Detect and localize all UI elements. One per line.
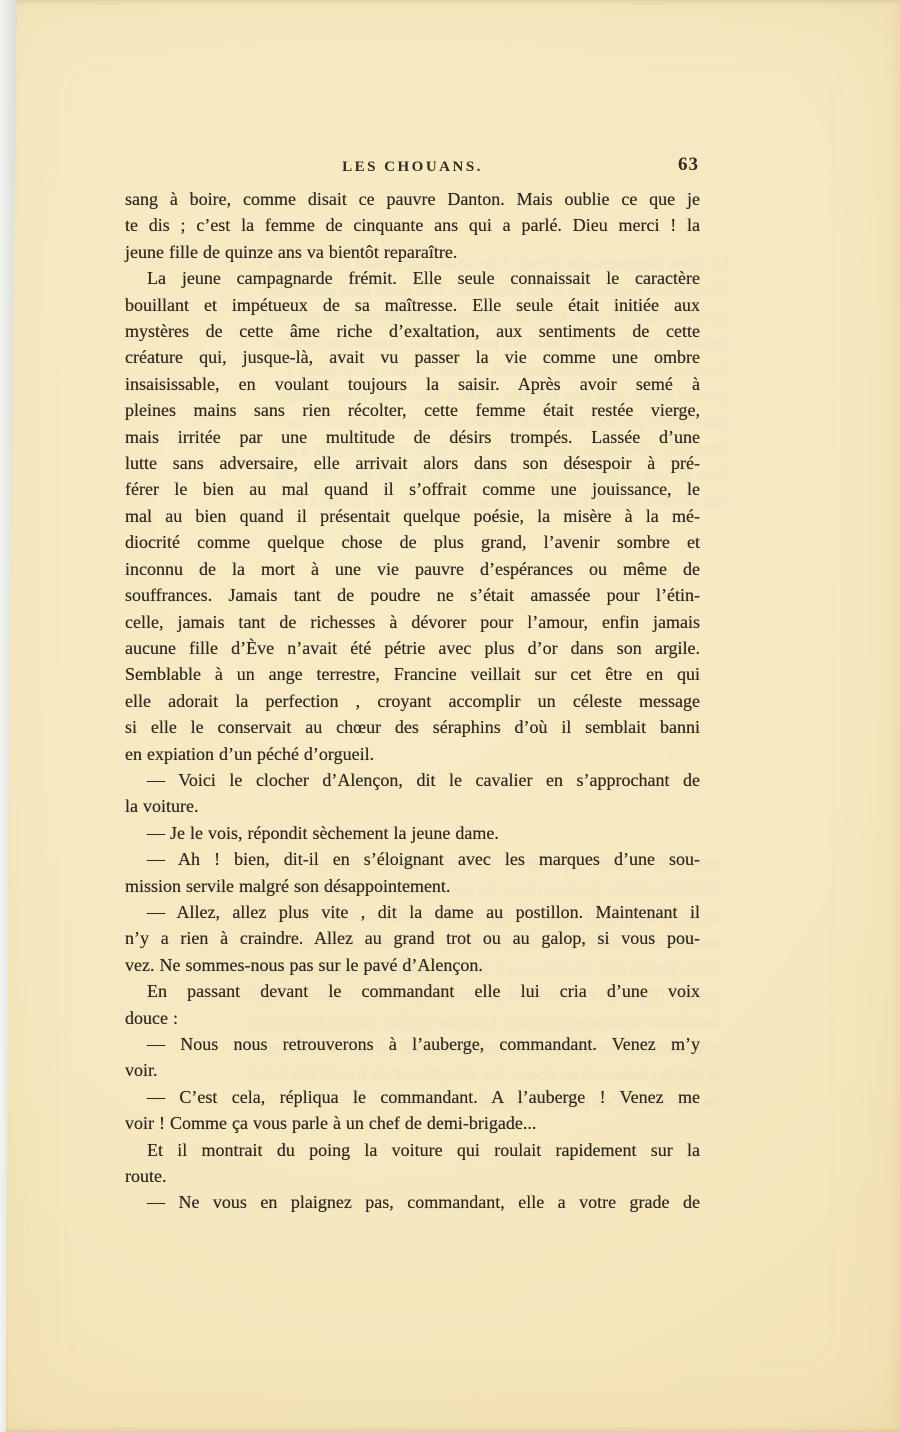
running-header: LES CHOUANS. 63 (125, 152, 700, 186)
text-line: mystères de cette âme riche d’exaltation… (125, 318, 700, 344)
text-line: voir ! Comme ça vous parle à un chef de … (125, 1110, 700, 1136)
text-line: la voiture. (125, 793, 700, 819)
text-line: aucune fille d’Ève n’avait été pétrie av… (125, 635, 700, 661)
text-line: jeune fille de quinze ans va bientôt rep… (125, 239, 700, 265)
text-line: vez. Ne sommes-nous pas sur le pavé d’Al… (125, 952, 700, 978)
text-line: — Je le vois, répondit sèchement la jeun… (125, 820, 700, 846)
text-line: voir. (125, 1057, 700, 1083)
text-line: mission servile malgré son désappointeme… (125, 873, 700, 899)
text-line: douce : (125, 1005, 700, 1031)
page-content: LES CHOUANS. 63 sang à boire, comme disa… (125, 152, 700, 1216)
running-header-title: LES CHOUANS. (342, 159, 483, 176)
text-line: celle, jamais tant de richesses à dévore… (125, 609, 700, 635)
text-line: sang à boire, comme disait ce pauvre Dan… (125, 186, 700, 212)
text-line: lutte sans adversaire, elle arrivait alo… (125, 450, 700, 476)
text-line: bouillant et impétueux de sa maîtresse. … (125, 292, 700, 318)
book-page-scan: La jeune campagnarde frémit. Elle seule … (0, 0, 900, 1432)
text-line: — Ah ! bien, dit-il en s’éloignant avec … (125, 846, 700, 872)
text-line: — C’est cela, répliqua le commandant. A … (125, 1084, 700, 1110)
text-line: si elle le conservait au chœur des sérap… (125, 714, 700, 740)
text-line: Et il montrait du poing la voiture qui r… (125, 1137, 700, 1163)
text-line: souffrances. Jamais tant de poudre ne s’… (125, 582, 700, 608)
text-line: te dis ; c’est la femme de cinquante ans… (125, 212, 700, 238)
text-line: En passant devant le commandant elle lui… (125, 978, 700, 1004)
text-line: Semblable à un ange terrestre, Francine … (125, 661, 700, 687)
text-line: insaisissable, en voulant toujours la sa… (125, 371, 700, 397)
text-line: La jeune campagnarde frémit. Elle seule … (125, 265, 700, 291)
text-line: elle adorait la perfection , croyant acc… (125, 688, 700, 714)
text-line: mais irritée par une multitude de désirs… (125, 424, 700, 450)
text-line: route. (125, 1163, 700, 1189)
text-line: n’y a rien à craindre. Allez au grand tr… (125, 925, 700, 951)
text-line: diocrité comme quelque chose de plus gra… (125, 529, 700, 555)
text-line: férer le bien au mal quand il s’offrait … (125, 476, 700, 502)
text-line: — Voici le clocher d’Alençon, dit le cav… (125, 767, 700, 793)
body-text: sang à boire, comme disait ce pauvre Dan… (125, 186, 700, 1216)
text-line: créature qui, jusque-là, avait vu passer… (125, 344, 700, 370)
text-line: pleines mains sans rien récolter, cette … (125, 397, 700, 423)
text-line: — Allez, allez plus vite , dit la dame a… (125, 899, 700, 925)
text-line: inconnu de la mort à une vie pauvre d’es… (125, 556, 700, 582)
text-line: — Ne vous en plaignez pas, commandant, e… (125, 1189, 700, 1215)
text-line: — Nous nous retrouverons à l’auberge, co… (125, 1031, 700, 1057)
text-line: mal au bien quand il présentait quelque … (125, 503, 700, 529)
page-number: 63 (678, 154, 699, 176)
text-line: en expiation d’un péché d’orgueil. (125, 741, 700, 767)
